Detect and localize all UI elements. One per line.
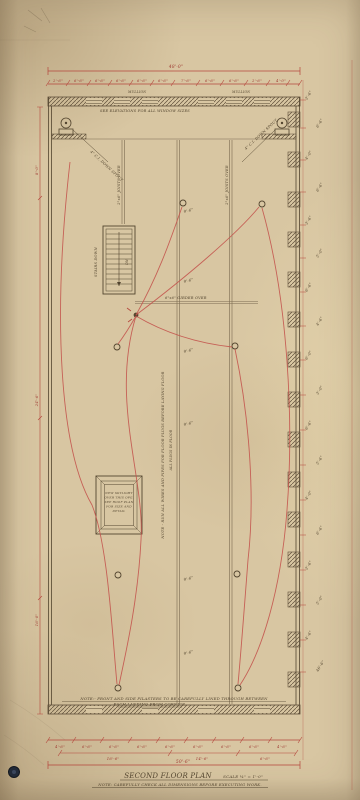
top-dimensions: 48'-0" 2'-6" 6'-6" 6'-6" 6'-6" 6'-6" 6'-…	[52, 65, 286, 83]
dim-label: 9'-6"	[183, 420, 194, 427]
skylight-line: DETAIL	[112, 509, 126, 513]
dim-label: 9'-6"	[183, 575, 194, 582]
joists-label-left: 2"x6" JOISTS OVER	[117, 165, 121, 206]
dim-label: 6'-6"	[304, 281, 314, 292]
dim-label: 2'-6"	[251, 78, 262, 83]
dim-label: 8'-0"	[34, 165, 39, 175]
drawing-sheet: 48'-0" 2'-6" 6'-6" 6'-6" 6'-6" 6'-6" 6'-…	[0, 0, 360, 800]
wiring-note: NOTE - RUN ALL WIRES AND PIPES FOR FLOOR…	[161, 371, 165, 539]
dim-label: 6'-6"	[137, 78, 147, 83]
dim-label: 5'-6"	[315, 454, 325, 465]
dim-top-overall: 48'-0"	[168, 65, 183, 70]
girder-label: 6"x6" GIRDER OVER	[165, 296, 207, 300]
dim-label: 6'-6"	[193, 744, 203, 749]
dim-label: 6'-6"	[315, 524, 325, 535]
dim-label: 6'-6"	[137, 744, 147, 749]
stairs-label: STAIRS DOWN	[94, 246, 98, 277]
floor-plugs-note: ALL PLUGS IN FLOOR	[169, 429, 173, 471]
dim-label: 6'-6"	[165, 744, 175, 749]
dim-label: 4'-6"	[276, 744, 287, 749]
skylight-line: OVER THIS OPG.	[104, 496, 133, 500]
corner-fixture-left	[59, 118, 108, 162]
dim-label: 9'-6"	[183, 207, 194, 214]
skylight-note: NEW SKYLIGHT OVER THIS OPG. SEE ROOF PLA…	[104, 491, 133, 513]
stair-direction: DN	[125, 259, 129, 266]
dim-label: 6'-6"	[221, 744, 231, 749]
dim-label: 6'-6"	[315, 181, 325, 192]
plan-note-line1: NOTE:- FRONT AND SIDE PILASTERS TO BE CA…	[79, 696, 268, 701]
dim-label: 3'-6"	[304, 214, 314, 225]
dim-label: 6'-6"	[205, 78, 215, 83]
right-margin-dimensions: 2'-6" 6'-6" 4'-0" 6'-6" 3'-6" 5'-0" 6'-6…	[303, 89, 325, 673]
dim-label: 46'-6"	[314, 659, 325, 673]
stairs	[103, 226, 135, 294]
plan-note-line2: EACH LANDING FROM CORNICE.	[112, 702, 186, 707]
corner-fixture-right	[242, 118, 289, 162]
dim-label: 24'-6"	[34, 394, 39, 408]
ceiling-outlets	[114, 200, 265, 691]
framing-lines	[52, 139, 296, 704]
dim-bottom-overall: 50'-6"	[176, 760, 190, 765]
skylight-line: FOR SIZE AND	[105, 505, 132, 509]
dim-label: 4'-6"	[54, 744, 65, 749]
dim-label: 6'-6"	[82, 744, 92, 749]
skylight-line: NEW SKYLIGHT	[104, 491, 133, 495]
dim-label: 2'-6"	[52, 78, 63, 83]
dim-label: 2'-6"	[303, 559, 313, 571]
dim-label: 9'-6"	[183, 347, 194, 354]
dim-label: 6'-6"	[304, 419, 314, 430]
dim-label: 6'-6"	[158, 78, 168, 83]
dim-label: 9'-6"	[183, 649, 194, 656]
left-margin-dimensions: 8'-0" 24'-6" 16'-0"	[34, 165, 39, 626]
top-wall	[48, 97, 300, 106]
dim-label: 6'-6"	[315, 117, 325, 128]
check-note: NOTE: CAREFULLY CHECK ALL DIMENSIONS BEF…	[97, 782, 261, 787]
dim-label: 4'-0"	[303, 149, 313, 161]
dim-label: 6'-6"	[229, 78, 239, 83]
dim-label: 7'-6"	[181, 78, 191, 83]
sheet-scale: SCALE ¼" = 1'-0"	[223, 774, 263, 779]
dim-label: 3'-0"	[315, 384, 325, 395]
dim-label: 16'-0"	[34, 614, 39, 627]
floor-plan-drawing: 48'-0" 2'-6" 6'-6" 6'-6" 6'-6" 6'-6" 6'-…	[0, 0, 360, 800]
dim-label: 6'-6"	[109, 744, 119, 749]
dim-label: 5'-0"	[315, 247, 325, 258]
conduit-curves	[61, 162, 290, 685]
window-note: SEE ELEVATIONS FOR ALL WINDOW SIZES	[100, 109, 190, 113]
dim-label: 6'-6"	[260, 756, 270, 761]
mullion-label-left: MULLION	[127, 90, 146, 94]
dim-label: 5'-0"	[315, 594, 325, 605]
dim-label: 6'-6"	[116, 78, 126, 83]
sheet-title: SECOND FLOOR PLAN	[124, 772, 212, 780]
mullion-label-right: MULLION	[231, 90, 250, 94]
dim-label: 2'-6"	[303, 89, 313, 101]
dim-label: 4'-6"	[303, 629, 313, 641]
skylight-line: SEE ROOF PLAN	[104, 500, 133, 504]
dim-label: 4'-0"	[275, 78, 286, 83]
joists-label-right: 2"x6" JOISTS OVER	[225, 165, 229, 206]
file-stamp	[9, 767, 20, 778]
dim-label: 6'-6"	[74, 78, 84, 83]
dim-label: 4'-6"	[314, 315, 324, 327]
bottom-dimensions: 4'-6" 6'-6" 6'-6" 6'-6" 6'-6" 6'-6" 6'-6…	[54, 744, 287, 765]
dim-label: 16'-6"	[107, 756, 120, 761]
dim-label: 9'-6"	[183, 277, 194, 284]
dim-label: 6'-6"	[95, 78, 105, 83]
dim-label: 6'-6"	[249, 744, 259, 749]
dim-label: 14'-6"	[196, 756, 209, 761]
paper-creases	[0, 8, 70, 765]
dim-label: 4'-0"	[303, 489, 313, 501]
dim-label: 6'-0"	[304, 349, 314, 360]
